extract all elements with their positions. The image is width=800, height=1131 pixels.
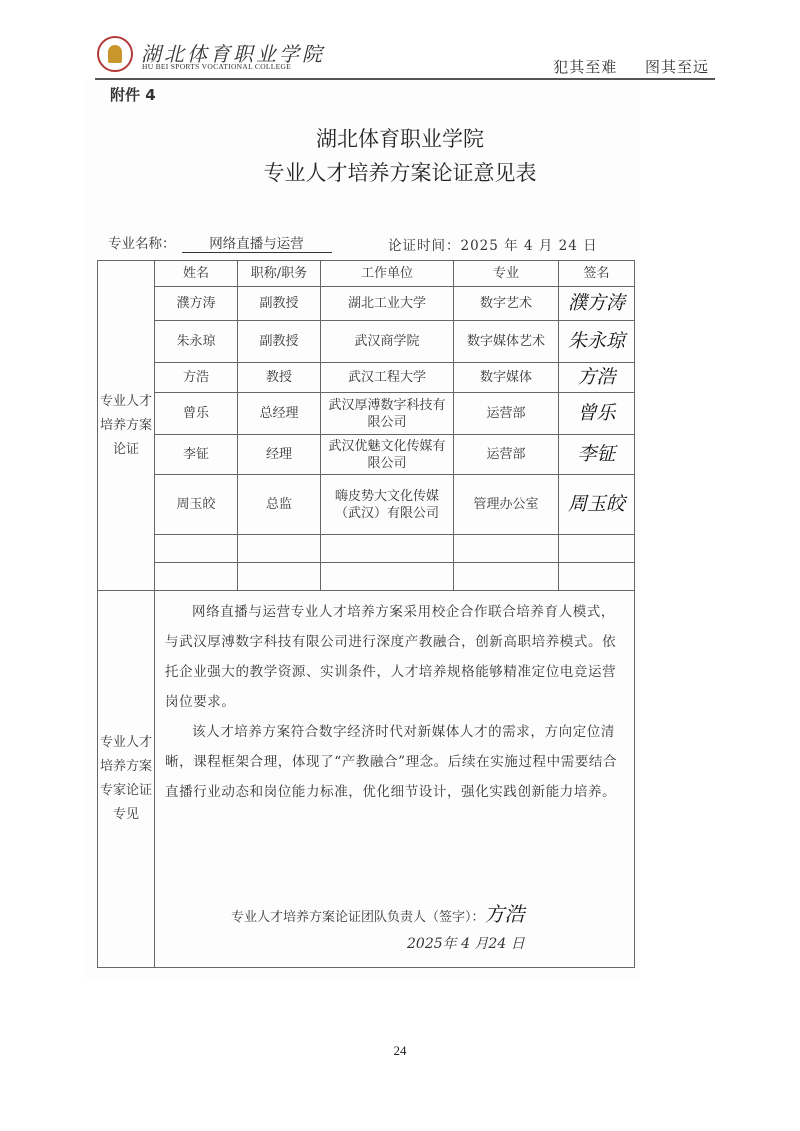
leader-signature-line: 专业人才培养方案论证团队负责人（签字）：方浩 bbox=[231, 899, 525, 933]
handwritten-signature: 濮方涛 bbox=[559, 287, 635, 321]
cell-major: 数字媒体 bbox=[454, 363, 559, 393]
cell-name: 周玉皎 bbox=[155, 475, 238, 535]
handwritten-signature: 李钲 bbox=[559, 435, 635, 475]
cell-name: 方浩 bbox=[155, 363, 238, 393]
handwritten-signature: 朱永琼 bbox=[559, 321, 635, 363]
cell-major: 运营部 bbox=[454, 435, 559, 475]
review-date: 论证时间：2025 年 4 月 24 日 bbox=[388, 234, 598, 254]
page-header: 湖北体育职业学院 HU BEI SPORTS VOCATIONAL COLLEG… bbox=[95, 34, 715, 80]
motto-part-1: 犯其至难 bbox=[553, 58, 617, 76]
table-row: 濮方涛 副教授 湖北工业大学 数字艺术 濮方涛 bbox=[98, 287, 635, 321]
cell-name: 曾乐 bbox=[155, 393, 238, 435]
col-header: 姓名 bbox=[155, 261, 238, 287]
cell-title: 副教授 bbox=[238, 321, 321, 363]
opinion-row: 专业人才培养方案专家论证专见 网络直播与运营专业人才培养方案采用校企合作联合培养… bbox=[98, 591, 635, 968]
table-row: 方浩 教授 武汉工程大学 数字媒体 方浩 bbox=[98, 363, 635, 393]
sign-date: 2025年 4 月24 日 bbox=[407, 929, 525, 959]
form-title-school: 湖北体育职业学院 bbox=[0, 123, 800, 153]
col-header: 签名 bbox=[559, 261, 635, 287]
cell-title: 总监 bbox=[238, 475, 321, 535]
table-row: 周玉皎 总监 嗨皮势大文化传媒（武汉）有限公司 管理办公室 周玉皎 bbox=[98, 475, 635, 535]
major-field: 专业名称：网络直播与运营 bbox=[108, 232, 332, 253]
leader-signature: 方浩 bbox=[485, 902, 525, 926]
handwritten-signature: 方浩 bbox=[559, 363, 635, 393]
col-header: 工作单位 bbox=[321, 261, 454, 287]
table-row: 曾乐 总经理 武汉厚溥数字科技有限公司 运营部 曾乐 bbox=[98, 393, 635, 435]
major-value: 网络直播与运营 bbox=[182, 232, 332, 253]
opinion-paragraph: 该人才培养方案符合数字经济时代对新媒体人才的需求，方向定位清晰，课程框架合理，体… bbox=[165, 717, 626, 807]
cell-unit: 武汉厚溥数字科技有限公司 bbox=[321, 393, 454, 435]
school-motto: 犯其至难 图其至远 bbox=[531, 56, 709, 77]
motto-part-2: 图其至远 bbox=[645, 58, 709, 76]
cell-unit: 湖北工业大学 bbox=[321, 287, 454, 321]
side-label-opinion: 专业人才培养方案专家论证专见 bbox=[98, 591, 155, 968]
col-header: 专业 bbox=[454, 261, 559, 287]
table-header-row: 专业人才培养方案论证 姓名 职称/职务 工作单位 专业 签名 bbox=[98, 261, 635, 287]
handwritten-signature: 曾乐 bbox=[559, 393, 635, 435]
table-row-empty bbox=[98, 563, 635, 591]
page-number: 24 bbox=[0, 1043, 800, 1059]
cell-major: 运营部 bbox=[454, 393, 559, 435]
cell-name: 濮方涛 bbox=[155, 287, 238, 321]
leader-label: 专业人才培养方案论证团队负责人（签字）： bbox=[231, 910, 485, 925]
cell-title: 副教授 bbox=[238, 287, 321, 321]
school-seal-icon bbox=[97, 36, 133, 72]
major-label: 专业名称： bbox=[108, 236, 176, 252]
cell-major: 管理办公室 bbox=[454, 475, 559, 535]
table-row-empty bbox=[98, 535, 635, 563]
cell-unit: 武汉优魅文化传媒有限公司 bbox=[321, 435, 454, 475]
cell-name: 朱永琼 bbox=[155, 321, 238, 363]
cell-name: 李钲 bbox=[155, 435, 238, 475]
cell-unit: 嗨皮势大文化传媒（武汉）有限公司 bbox=[321, 475, 454, 535]
cell-unit: 武汉工程大学 bbox=[321, 363, 454, 393]
form-title: 专业人才培养方案论证意见表 bbox=[0, 157, 800, 187]
attachment-label: 附件 4 bbox=[110, 84, 156, 105]
table-row: 李钲 经理 武汉优魅文化传媒有限公司 运营部 李钲 bbox=[98, 435, 635, 475]
school-name-en: HU BEI SPORTS VOCATIONAL COLLEGE bbox=[142, 62, 291, 71]
cell-major: 数字媒体艺术 bbox=[454, 321, 559, 363]
expert-opinion: 网络直播与运营专业人才培养方案采用校企合作联合培养育人模式，与武汉厚溥数字科技有… bbox=[155, 591, 635, 968]
table-row: 朱永琼 副教授 武汉商学院 数字媒体艺术 朱永琼 bbox=[98, 321, 635, 363]
col-header: 职称/职务 bbox=[238, 261, 321, 287]
cell-major: 数字艺术 bbox=[454, 287, 559, 321]
handwritten-signature: 周玉皎 bbox=[559, 475, 635, 535]
cell-title: 经理 bbox=[238, 435, 321, 475]
opinion-paragraph: 网络直播与运营专业人才培养方案采用校企合作联合培养育人模式，与武汉厚溥数字科技有… bbox=[165, 597, 626, 717]
review-table: 专业人才培养方案论证 姓名 职称/职务 工作单位 专业 签名 濮方涛 副教授 湖… bbox=[97, 260, 635, 968]
cell-title: 总经理 bbox=[238, 393, 321, 435]
cell-unit: 武汉商学院 bbox=[321, 321, 454, 363]
cell-title: 教授 bbox=[238, 363, 321, 393]
side-label-review: 专业人才培养方案论证 bbox=[98, 261, 155, 591]
